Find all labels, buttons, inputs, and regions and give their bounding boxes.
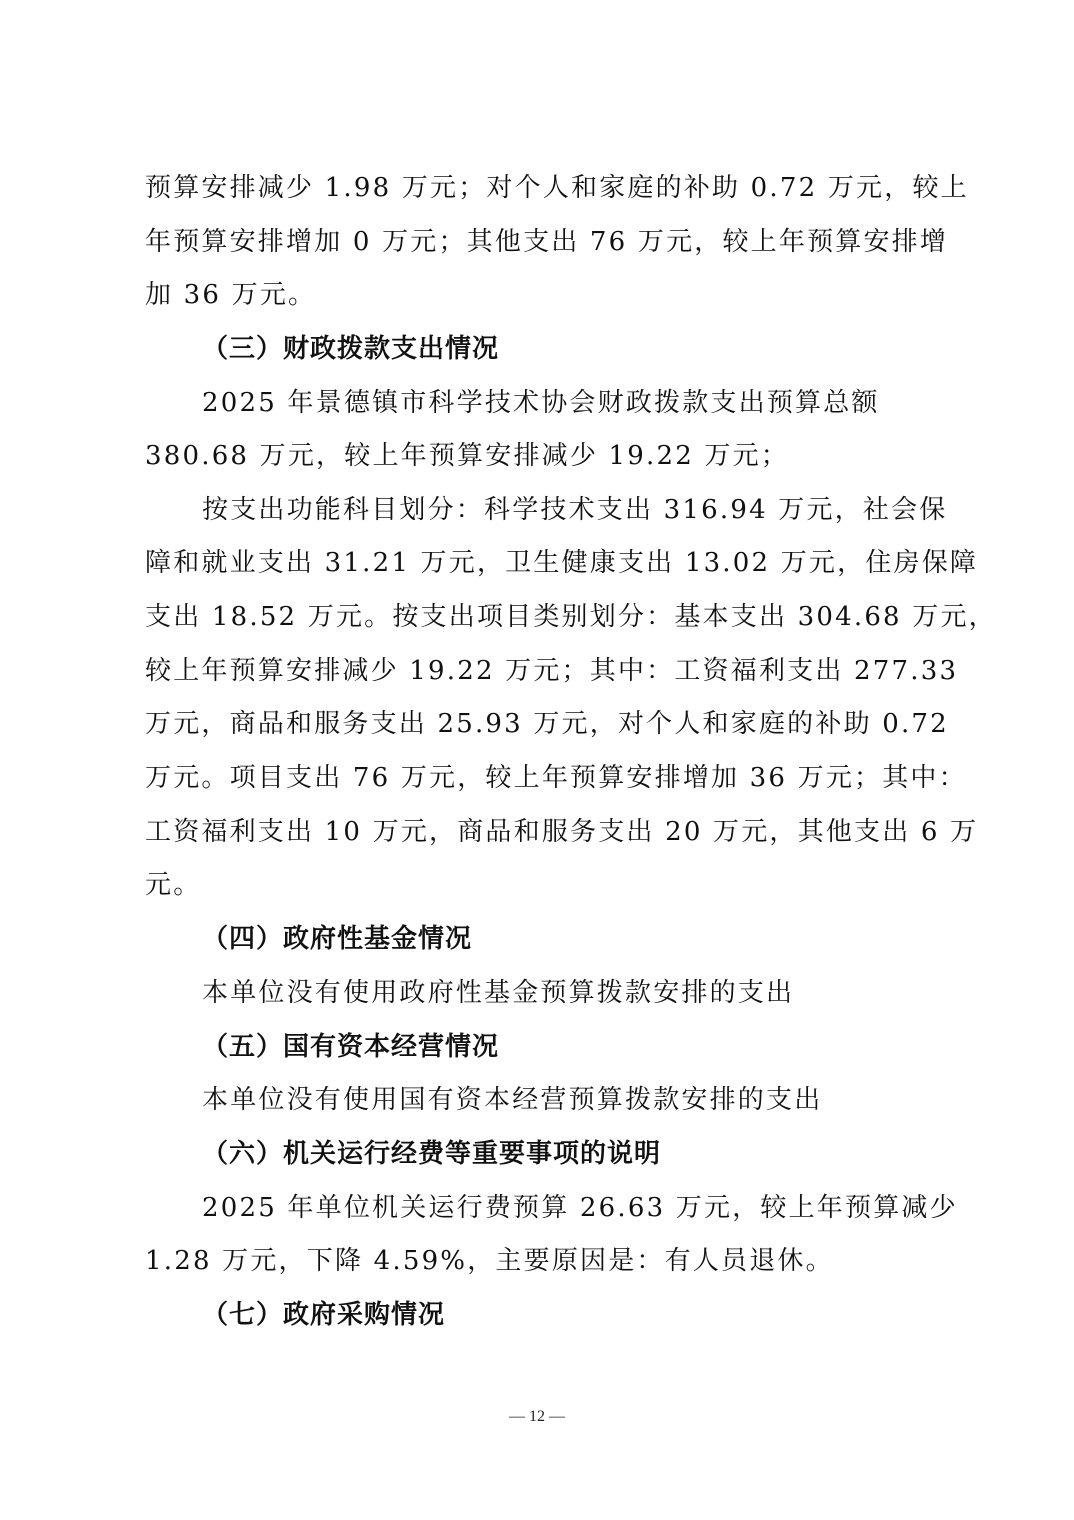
paragraph-line: 预算安排减少 1.98 万元；对个人和家庭的补助 0.72 万元，较上 xyxy=(145,172,945,204)
section-heading-4: （四）政府性基金情况 xyxy=(202,923,1002,955)
paragraph-line: 2025 年单位机关运行费预算 26.63 万元，较上年预算减少 xyxy=(202,1192,1002,1224)
document-page: 预算安排减少 1.98 万元；对个人和家庭的补助 0.72 万元，较上 年预算安… xyxy=(0,0,1074,1520)
paragraph-line: 支出 18.52 万元。按支出项目类别划分：基本支出 304.68 万元， xyxy=(145,601,945,633)
section-heading-3: （三）财政拨款支出情况 xyxy=(202,333,1002,365)
paragraph-line: 按支出功能科目划分：科学技术支出 316.94 万元，社会保 xyxy=(202,494,1002,526)
paragraph-line: 加 36 万元。 xyxy=(145,279,945,311)
page-number: — 12 — xyxy=(0,1408,1074,1426)
paragraph-line: 较上年预算安排减少 19.22 万元；其中：工资福利支出 277.33 xyxy=(145,655,945,687)
section-heading-7: （七）政府采购情况 xyxy=(202,1299,1002,1331)
paragraph-line: 障和就业支出 31.21 万元，卫生健康支出 13.02 万元，住房保障 xyxy=(145,547,945,579)
paragraph-line: 万元，商品和服务支出 25.93 万元，对个人和家庭的补助 0.72 xyxy=(145,708,945,740)
paragraph-line: 1.28 万元，下降 4.59%，主要原因是：有人员退休。 xyxy=(145,1245,945,1277)
paragraph-line: 万元。项目支出 76 万元，较上年预算安排增加 36 万元；其中： xyxy=(145,762,945,794)
section-heading-5: （五）国有资本经营情况 xyxy=(202,1031,1002,1063)
paragraph-line: 元。 xyxy=(145,869,945,901)
section-heading-6: （六）机关运行经费等重要事项的说明 xyxy=(202,1138,1002,1170)
paragraph-line: 本单位没有使用政府性基金预算拨款安排的支出 xyxy=(202,977,1002,1009)
paragraph-line: 2025 年景德镇市科学技术协会财政拨款支出预算总额 xyxy=(202,387,1002,419)
paragraph-line: 工资福利支出 10 万元，商品和服务支出 20 万元，其他支出 6 万 xyxy=(145,816,945,848)
paragraph-line: 380.68 万元，较上年预算安排减少 19.22 万元； xyxy=(145,440,945,472)
paragraph-line: 本单位没有使用国有资本经营预算拨款安排的支出 xyxy=(202,1084,1002,1116)
paragraph-line: 年预算安排增加 0 万元；其他支出 76 万元，较上年预算安排增 xyxy=(145,226,945,258)
